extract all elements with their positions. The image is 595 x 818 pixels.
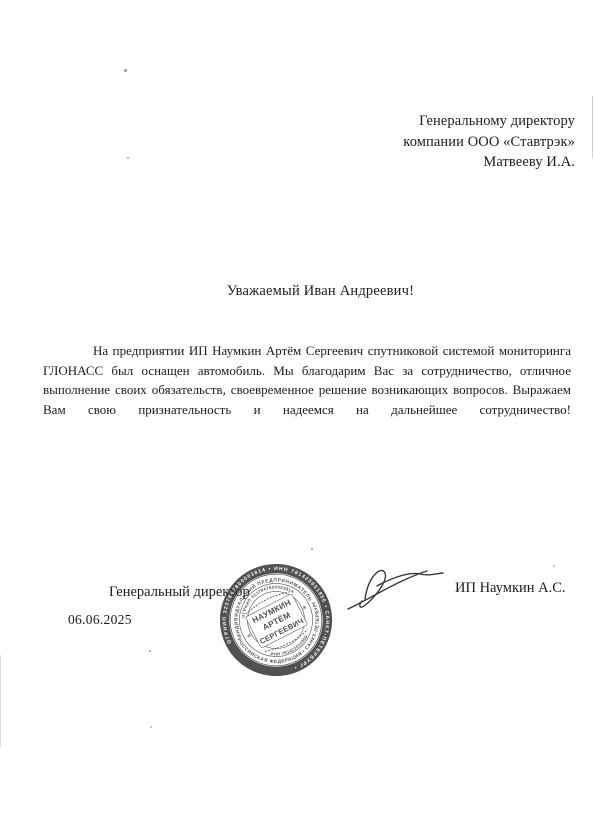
body-line: Вам свою признательность и надеемся на д… xyxy=(43,400,571,420)
body-line: На предприятии ИП Наумкин Артём Сергееви… xyxy=(43,341,571,361)
scan-speck xyxy=(150,726,152,728)
body-paragraph: На предприятии ИП Наумкин Артём Сергееви… xyxy=(43,341,571,419)
scan-speck xyxy=(124,69,127,72)
recipient-line: компании ООО «Ставтрэк» xyxy=(403,132,575,153)
signature-scribble xyxy=(345,561,447,615)
salutation: Уважаемый Иван Андреевич! xyxy=(0,283,595,300)
stamp-artwork: ОГРНИП 3237847800003814 • ИНН 7814230318… xyxy=(212,556,340,684)
scan-speck xyxy=(149,650,151,652)
scan-speck xyxy=(553,565,555,567)
signer-name: ИП Наумкин А.С. xyxy=(455,580,566,597)
recipient-line: Генеральному директору xyxy=(403,111,575,132)
signature-date: 06.06.2025 xyxy=(68,612,132,628)
star-ornament-icon: ✳ xyxy=(246,632,254,641)
scan-edge-artifact xyxy=(592,96,593,158)
scanned-letter-page: Генеральному директору компании ООО «Ста… xyxy=(0,0,595,818)
scan-speck xyxy=(127,157,129,159)
recipient-line: Матвееву И.А. xyxy=(403,152,575,173)
signature-strokes xyxy=(348,571,443,609)
round-stamp: ОГРНИП 3237847800003814 • ИНН 7814230318… xyxy=(212,556,340,684)
scan-speck xyxy=(311,548,313,550)
body-line: ГЛОНАСС был оснащен автомобиль. Мы благо… xyxy=(43,361,571,381)
scan-edge-artifact xyxy=(0,655,1,747)
recipient-block: Генеральному директору компании ООО «Ста… xyxy=(403,111,575,173)
star-ornament-icon: ✳ xyxy=(301,604,309,613)
body-line: выполнение своих обязательств, своевреме… xyxy=(43,380,571,400)
